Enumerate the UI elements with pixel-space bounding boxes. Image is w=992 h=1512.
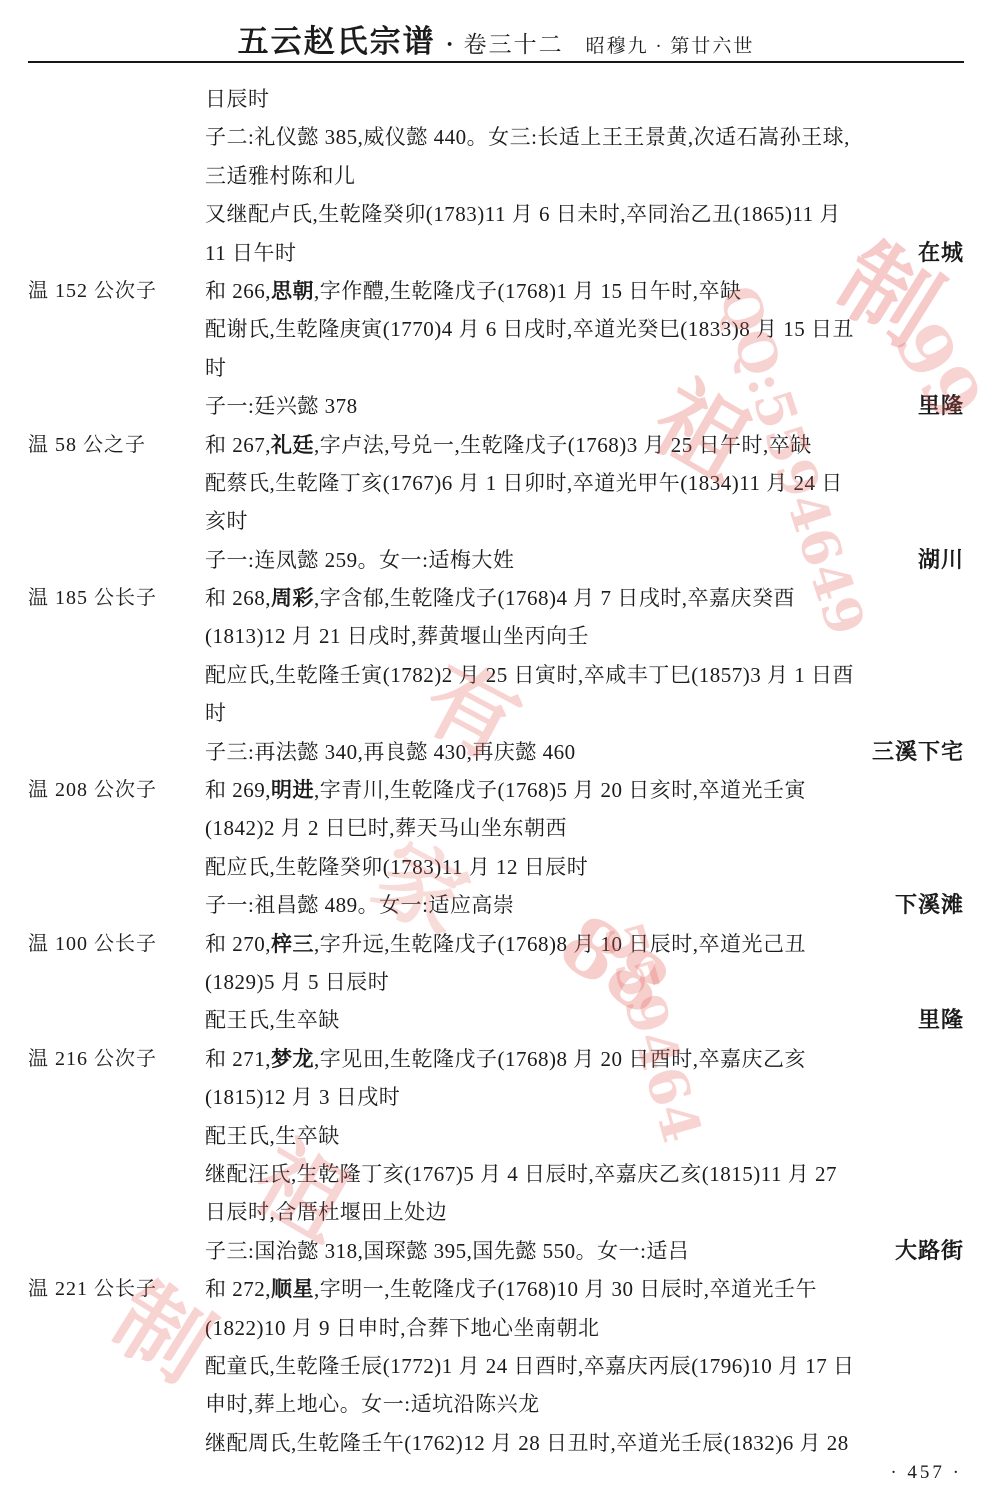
entry-text: 又继配卢氏,生乾隆癸卯(1783)11 月 6 日未时,卒同治乙丑(1865)1… xyxy=(205,202,841,226)
entry-text: 和 266, xyxy=(205,279,271,303)
entry-line: 子一:廷兴懿 378 xyxy=(205,394,358,418)
entry-line: 时 xyxy=(205,701,227,725)
genealogy-row: 温 152 公次子和 266,思朝,字作醴,生乾隆戊子(1768)1 月 15 … xyxy=(0,272,992,310)
generation-label: 温 100 公长子 xyxy=(28,925,157,963)
genealogy-row: 配王氏,生卒缺 xyxy=(0,1117,992,1155)
genealogy-row: (1829)5 月 5 日辰时 xyxy=(0,963,992,1001)
genealogy-row: 继配汪氏,生乾隆丁亥(1767)5 月 4 日辰时,卒嘉庆乙亥(1815)11 … xyxy=(0,1155,992,1193)
entry-line: 又继配卢氏,生乾隆癸卯(1783)11 月 6 日未时,卒同治乙丑(1865)1… xyxy=(205,202,841,226)
entry-text: 子一:连凤懿 259。女一:适梅大姓 xyxy=(205,548,514,572)
entry-line: (1815)12 月 3 日戌时 xyxy=(205,1085,400,1109)
entry-text: 和 271, xyxy=(205,1047,271,1071)
entry-line: 子三:国治懿 318,国琛懿 395,国先懿 550。女一:适吕 xyxy=(205,1239,689,1263)
entry-line: 和 267,礼廷,字卢法,号兑一,生乾隆戊子(1768)3 月 25 日午时,卒… xyxy=(205,433,812,457)
genealogy-row: 子二:礼仪懿 385,威仪懿 440。女三:长适上王王景黄,次适石嵩孙王球, xyxy=(0,118,992,156)
genealogy-row: 温 100 公长子和 270,梓三,字升远,生乾隆戊子(1768)8 月 10 … xyxy=(0,925,992,963)
person-name: 顺星 xyxy=(271,1277,314,1301)
entry-text: 申时,葬上地心。女一:适坑沿陈兴龙 xyxy=(205,1392,540,1416)
generation-label: 温 152 公次子 xyxy=(28,272,157,310)
entry-line: 子二:礼仪懿 385,威仪懿 440。女三:长适上王王景黄,次适石嵩孙王球, xyxy=(205,125,850,149)
entry-text: (1822)10 月 9 日申时,合葬下地心坐南朝北 xyxy=(205,1316,600,1340)
person-name: 思朝 xyxy=(271,279,314,303)
genealogy-row: (1822)10 月 9 日申时,合葬下地心坐南朝北 xyxy=(0,1309,992,1347)
person-name: 梓三 xyxy=(271,932,314,956)
entry-line: 配谢氏,生乾隆庚寅(1770)4 月 6 日戌时,卒道光癸巳(1833)8 月 … xyxy=(205,317,854,341)
genealogy-row: 子一:祖昌懿 489。女一:适应高崇下溪滩 xyxy=(0,886,992,924)
entry-text: 和 268, xyxy=(205,586,271,610)
entry-text: 配童氏,生乾隆壬辰(1772)1 月 24 日酉时,卒嘉庆丙辰(1796)10 … xyxy=(205,1354,854,1378)
genealogy-row: (1813)12 月 21 日戌时,葬黄堰山坐丙向壬 xyxy=(0,617,992,655)
entry-text: (1829)5 月 5 日辰时 xyxy=(205,970,389,994)
entry-line: 配应氏,生乾隆癸卯(1783)11 月 12 日辰时 xyxy=(205,855,588,879)
genealogy-page: 五云赵氏宗谱 · 卷三十二 昭穆九 · 第廿六世 日辰时 子二:礼仪懿 385,… xyxy=(0,0,992,1512)
entry-text: 和 270, xyxy=(205,932,271,956)
entry-text: 配应氏,生乾隆壬寅(1782)2 月 25 日寅时,卒咸丰丁巳(1857)3 月… xyxy=(205,663,854,687)
generation-label: 温 185 公长子 xyxy=(28,579,157,617)
generation-label: 温 58 公之子 xyxy=(28,426,146,464)
entry-text: 日辰时 xyxy=(205,87,270,111)
residence-label: 三溪下宅 xyxy=(872,733,964,771)
entry-line: 配童氏,生乾隆壬辰(1772)1 月 24 日酉时,卒嘉庆丙辰(1796)10 … xyxy=(205,1354,854,1378)
entry-text: 时 xyxy=(205,701,227,725)
entry-text-continued: ,字作醴,生乾隆戊子(1768)1 月 15 日午时,卒缺 xyxy=(314,279,742,303)
entry-line: 和 269,明进,字青川,生乾隆戊子(1768)5 月 20 日亥时,卒道光壬寅 xyxy=(205,778,806,802)
entry-text-continued: ,字卢法,号兑一,生乾隆戊子(1768)3 月 25 日午时,卒缺 xyxy=(314,433,812,457)
entry-text: 子一:祖昌懿 489。女一:适应高崇 xyxy=(205,893,514,917)
residence-label: 在城 xyxy=(918,234,964,272)
genealogy-row: 温 208 公次子和 269,明进,字青川,生乾隆戊子(1768)5 月 20 … xyxy=(0,771,992,809)
header-divider xyxy=(28,61,964,63)
genealogy-row: 温 221 公长子和 272,顺星,字明一,生乾隆戊子(1768)10 月 30… xyxy=(0,1270,992,1308)
genealogy-row: 时 xyxy=(0,694,992,732)
page-number: · 457 · xyxy=(890,1462,962,1484)
person-name: 礼廷 xyxy=(271,433,314,457)
person-name: 周彩 xyxy=(271,586,314,610)
entry-text: 和 269, xyxy=(205,778,271,802)
generation-label: 温 221 公长子 xyxy=(28,1270,157,1308)
genealogy-row: 配王氏,生卒缺里隆 xyxy=(0,1001,992,1039)
entry-line: 时 xyxy=(205,356,227,380)
genealogy-row: 子一:廷兴懿 378里隆 xyxy=(0,387,992,425)
entry-text: 亥时 xyxy=(205,509,248,533)
residence-label: 里隆 xyxy=(918,387,964,425)
generation-label: 温 216 公次子 xyxy=(28,1040,157,1078)
entry-line: (1813)12 月 21 日戌时,葬黄堰山坐丙向壬 xyxy=(205,624,589,648)
entry-line: 亥时 xyxy=(205,509,248,533)
entry-text: 和 267, xyxy=(205,433,271,457)
generation-label: 温 208 公次子 xyxy=(28,771,157,809)
entry-line: 三适雅村陈和儿 xyxy=(205,164,356,188)
person-name: 明进 xyxy=(271,778,314,802)
genealogy-body: 日辰时 子二:礼仪懿 385,威仪懿 440。女三:长适上王王景黄,次适石嵩孙王… xyxy=(0,80,992,1462)
entry-line: 配王氏,生卒缺 xyxy=(205,1124,340,1148)
genealogy-row: 亥时 xyxy=(0,502,992,540)
entry-text: 和 272, xyxy=(205,1277,271,1301)
genealogy-row: 温 58 公之子和 267,礼廷,字卢法,号兑一,生乾隆戊子(1768)3 月 … xyxy=(0,426,992,464)
entry-text: 配谢氏,生乾隆庚寅(1770)4 月 6 日戌时,卒道光癸巳(1833)8 月 … xyxy=(205,317,854,341)
entry-text: 时 xyxy=(205,356,227,380)
entry-text: 配应氏,生乾隆癸卯(1783)11 月 12 日辰时 xyxy=(205,855,588,879)
entry-text: 子二:礼仪懿 385,威仪懿 440。女三:长适上王王景黄,次适石嵩孙王球, xyxy=(205,125,850,149)
entry-line: 继配汪氏,生乾隆丁亥(1767)5 月 4 日辰时,卒嘉庆乙亥(1815)11 … xyxy=(205,1162,837,1186)
genealogy-row: 日辰时 xyxy=(0,80,992,118)
genealogy-row: 11 日午时在城 xyxy=(0,234,992,272)
entry-text: (1842)2 月 2 日巳时,葬天马山坐东朝西 xyxy=(205,816,567,840)
entry-text: 子三:再法懿 340,再良懿 430,再庆懿 460 xyxy=(205,740,576,764)
entry-line: (1822)10 月 9 日申时,合葬下地心坐南朝北 xyxy=(205,1316,600,1340)
entry-text: (1815)12 月 3 日戌时 xyxy=(205,1085,400,1109)
residence-label: 大路街 xyxy=(895,1232,964,1270)
entry-line: 和 271,梦龙,字见田,生乾隆戊子(1768)8 月 20 日酉时,卒嘉庆乙亥 xyxy=(205,1047,806,1071)
entry-line: 日辰时 xyxy=(205,87,270,111)
genealogy-row: 温 216 公次子和 271,梦龙,字见田,生乾隆戊子(1768)8 月 20 … xyxy=(0,1040,992,1078)
genealogy-row: 配谢氏,生乾隆庚寅(1770)4 月 6 日戌时,卒道光癸巳(1833)8 月 … xyxy=(0,310,992,348)
entry-text: (1813)12 月 21 日戌时,葬黄堰山坐丙向壬 xyxy=(205,624,589,648)
entry-line: (1829)5 月 5 日辰时 xyxy=(205,970,389,994)
page-title: 五云赵氏宗谱 xyxy=(238,16,436,61)
entry-line: 子一:祖昌懿 489。女一:适应高崇 xyxy=(205,893,514,917)
entry-text: 配王氏,生卒缺 xyxy=(205,1008,340,1032)
entry-line: 继配周氏,生乾隆壬午(1762)12 月 28 日丑时,卒道光壬辰(1832)6… xyxy=(205,1431,849,1455)
genealogy-row: (1815)12 月 3 日戌时 xyxy=(0,1078,992,1116)
entry-text-continued: ,字见田,生乾隆戊子(1768)8 月 20 日酉时,卒嘉庆乙亥 xyxy=(314,1047,806,1071)
entry-line: 申时,葬上地心。女一:适坑沿陈兴龙 xyxy=(205,1392,540,1416)
section-label: 昭穆九 · 第廿六世 xyxy=(586,31,755,58)
residence-label: 下溪滩 xyxy=(895,886,964,924)
entry-line: 和 272,顺星,字明一,生乾隆戊子(1768)10 月 30 日辰时,卒道光壬… xyxy=(205,1277,817,1301)
entry-line: 配王氏,生卒缺 xyxy=(205,1008,340,1032)
genealogy-row: 子一:连凤懿 259。女一:适梅大姓湖川 xyxy=(0,541,992,579)
residence-label: 湖川 xyxy=(918,541,964,579)
entry-line: 和 268,周彩,字含郁,生乾隆戊子(1768)4 月 7 日戌时,卒嘉庆癸酉 xyxy=(205,586,795,610)
genealogy-row: 配蔡氏,生乾隆丁亥(1767)6 月 1 日卯时,卒道光甲午(1834)11 月… xyxy=(0,464,992,502)
entry-text-continued: ,字青川,生乾隆戊子(1768)5 月 20 日亥时,卒道光壬寅 xyxy=(314,778,806,802)
page-header: 五云赵氏宗谱 · 卷三十二 昭穆九 · 第廿六世 xyxy=(0,16,992,61)
entry-line: 配应氏,生乾隆壬寅(1782)2 月 25 日寅时,卒咸丰丁巳(1857)3 月… xyxy=(205,663,854,687)
genealogy-row: 配应氏,生乾隆壬寅(1782)2 月 25 日寅时,卒咸丰丁巳(1857)3 月… xyxy=(0,656,992,694)
genealogy-row: 日辰时,合厝杜堰田上处边 xyxy=(0,1193,992,1231)
entry-line: 和 270,梓三,字升远,生乾隆戊子(1768)8 月 10 日辰时,卒道光己丑 xyxy=(205,932,806,956)
genealogy-row: 申时,葬上地心。女一:适坑沿陈兴龙 xyxy=(0,1385,992,1423)
entry-text: 配王氏,生卒缺 xyxy=(205,1124,340,1148)
volume-label: 卷三十二 xyxy=(464,26,564,59)
genealogy-row: 时 xyxy=(0,349,992,387)
entry-text: 子一:廷兴懿 378 xyxy=(205,394,358,418)
residence-label: 里隆 xyxy=(918,1001,964,1039)
entry-text: 日辰时,合厝杜堰田上处边 xyxy=(205,1200,447,1224)
entry-text-continued: ,字含郁,生乾隆戊子(1768)4 月 7 日戌时,卒嘉庆癸酉 xyxy=(314,586,795,610)
entry-line: 配蔡氏,生乾隆丁亥(1767)6 月 1 日卯时,卒道光甲午(1834)11 月… xyxy=(205,471,843,495)
genealogy-row: (1842)2 月 2 日巳时,葬天马山坐东朝西 xyxy=(0,809,992,847)
entry-text: 继配汪氏,生乾隆丁亥(1767)5 月 4 日辰时,卒嘉庆乙亥(1815)11 … xyxy=(205,1162,837,1186)
genealogy-row: 配应氏,生乾隆癸卯(1783)11 月 12 日辰时 xyxy=(0,848,992,886)
title-separator-dot: · xyxy=(446,32,454,59)
entry-text-continued: ,字明一,生乾隆戊子(1768)10 月 30 日辰时,卒道光壬午 xyxy=(314,1277,817,1301)
genealogy-row: 继配周氏,生乾隆壬午(1762)12 月 28 日丑时,卒道光壬辰(1832)6… xyxy=(0,1424,992,1462)
entry-line: 子三:再法懿 340,再良懿 430,再庆懿 460 xyxy=(205,740,576,764)
person-name: 梦龙 xyxy=(271,1047,314,1071)
entry-line: 和 266,思朝,字作醴,生乾隆戊子(1768)1 月 15 日午时,卒缺 xyxy=(205,279,742,303)
genealogy-row: 又继配卢氏,生乾隆癸卯(1783)11 月 6 日未时,卒同治乙丑(1865)1… xyxy=(0,195,992,233)
entry-text: 三适雅村陈和儿 xyxy=(205,164,356,188)
genealogy-row: 三适雅村陈和儿 xyxy=(0,157,992,195)
genealogy-row: 子三:国治懿 318,国琛懿 395,国先懿 550。女一:适吕大路街 xyxy=(0,1232,992,1270)
entry-text: 11 日午时 xyxy=(205,241,296,265)
entry-line: 11 日午时 xyxy=(205,241,296,265)
genealogy-row: 温 185 公长子和 268,周彩,字含郁,生乾隆戊子(1768)4 月 7 日… xyxy=(0,579,992,617)
entry-line: (1842)2 月 2 日巳时,葬天马山坐东朝西 xyxy=(205,816,567,840)
entry-text: 子三:国治懿 318,国琛懿 395,国先懿 550。女一:适吕 xyxy=(205,1239,689,1263)
entry-text-continued: ,字升远,生乾隆戊子(1768)8 月 10 日辰时,卒道光己丑 xyxy=(314,932,806,956)
genealogy-row: 子三:再法懿 340,再良懿 430,再庆懿 460三溪下宅 xyxy=(0,733,992,771)
entry-text: 配蔡氏,生乾隆丁亥(1767)6 月 1 日卯时,卒道光甲午(1834)11 月… xyxy=(205,471,843,495)
entry-text: 继配周氏,生乾隆壬午(1762)12 月 28 日丑时,卒道光壬辰(1832)6… xyxy=(205,1431,849,1455)
entry-line: 子一:连凤懿 259。女一:适梅大姓 xyxy=(205,548,514,572)
entry-line: 日辰时,合厝杜堰田上处边 xyxy=(205,1200,447,1224)
genealogy-row: 配童氏,生乾隆壬辰(1772)1 月 24 日酉时,卒嘉庆丙辰(1796)10 … xyxy=(0,1347,992,1385)
